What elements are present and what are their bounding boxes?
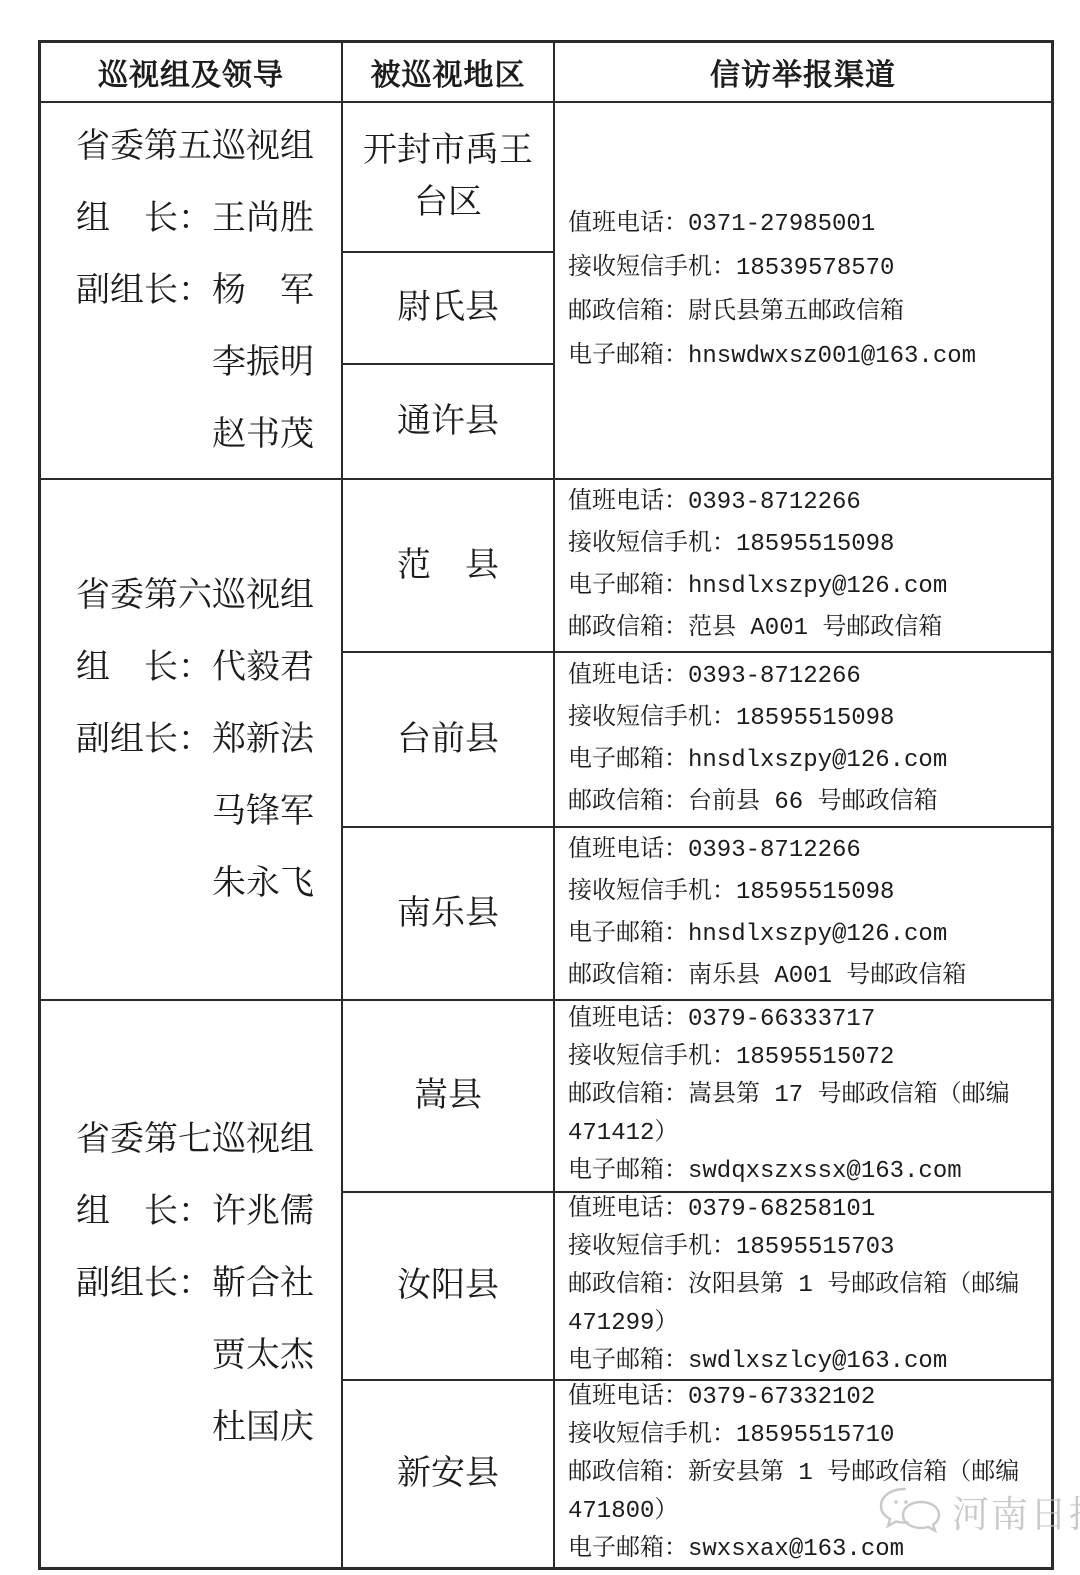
contact-line-email: 电子邮箱：hnswdwxsz001@163.com	[568, 335, 1043, 379]
leader-line: 组 长：王尚胜	[76, 183, 314, 255]
contact-line-email: 电子邮箱：hnsdlxszpy@126.com	[568, 566, 1043, 608]
contact-line-email: 电子邮箱：swdlxszlcy@163.com	[568, 1343, 1043, 1381]
region-cell: 范 县	[343, 480, 555, 651]
group7-subrows: 嵩县 值班电话：0379-66333717 接收短信手机：18595515072…	[343, 1001, 1051, 1567]
subrow-taiqianxian: 台前县 值班电话：0393-8712266 接收短信手机：18595515098…	[343, 653, 1051, 828]
subrow-nanlexian: 南乐县 值班电话：0393-8712266 接收短信手机：18595515098…	[343, 828, 1051, 999]
contact-line-postbox: 邮政信箱：汝阳县第 1 号邮政信箱（邮编 471299）	[568, 1267, 1043, 1343]
contact-line-sms: 接收短信手机：18595515703	[568, 1229, 1043, 1267]
region-cell: 汝阳县	[343, 1193, 555, 1379]
region-cell: 通许县	[343, 365, 555, 478]
leader-line: 李振明	[212, 327, 314, 399]
table-header-row: 巡视组及领导 被巡视地区 信访举报渠道	[41, 43, 1051, 103]
group-title: 省委第六巡视组	[76, 560, 314, 632]
group6-leaders-cell: 省委第六巡视组 组 长：代毅君 副组长：郑新法 马锋军 朱永飞	[41, 480, 343, 999]
region-cell: 南乐县	[343, 828, 555, 999]
inspection-groups-table: 巡视组及领导 被巡视地区 信访举报渠道 省委第五巡视组 组 长：王尚胜 副组长：…	[38, 40, 1054, 1570]
contact-line-postbox: 邮政信箱：南乐县 A001 号邮政信箱	[568, 956, 1043, 998]
contact-cell: 值班电话：0393-8712266 接收短信手机：18595515098 电子邮…	[555, 653, 1051, 826]
group-row-5: 省委第五巡视组 组 长：王尚胜 副组长：杨 军 李振明 赵书茂 开封市禹王台区 …	[41, 103, 1051, 480]
leader-line: 马锋军	[212, 776, 314, 848]
region-cell: 新安县	[343, 1381, 555, 1567]
header-col-regions: 被巡视地区	[343, 43, 555, 101]
region-cell: 台前县	[343, 653, 555, 826]
region-cell: 尉氏县	[343, 253, 555, 365]
leader-line: 副组长：靳合社	[76, 1248, 314, 1320]
contact-line-postbox: 邮政信箱：嵩县第 17 号邮政信箱（邮编 471412）	[568, 1077, 1043, 1153]
contact-line-phone: 值班电话：0393-8712266	[568, 830, 1043, 872]
contact-line-postbox: 邮政信箱：范县 A001 号邮政信箱	[568, 608, 1043, 650]
group-row-7: 省委第七巡视组 组 长：许兆儒 副组长：靳合社 贾太杰 杜国庆 嵩县 值班电话：…	[41, 1001, 1051, 1567]
group5-regions-column: 开封市禹王台区 尉氏县 通许县	[343, 103, 555, 478]
leader-line: 赵书茂	[212, 399, 314, 471]
contact-line-sms: 接收短信手机：18595515098	[568, 524, 1043, 566]
leader-line: 组 长：许兆儒	[76, 1176, 314, 1248]
subrow-xinanxian: 新安县 值班电话：0379-67332102 接收短信手机：1859551571…	[343, 1381, 1051, 1567]
contact-cell: 值班电话：0393-8712266 接收短信手机：18595515098 电子邮…	[555, 828, 1051, 999]
group6-subrows: 范 县 值班电话：0393-8712266 接收短信手机：18595515098…	[343, 480, 1051, 999]
contact-line-postbox: 邮政信箱：尉氏县第五邮政信箱	[568, 291, 1043, 335]
contact-line-phone: 值班电话：0393-8712266	[568, 656, 1043, 698]
contact-line-phone: 值班电话：0393-8712266	[568, 482, 1043, 524]
contact-line-postbox: 邮政信箱：台前县 66 号邮政信箱	[568, 782, 1043, 824]
subrow-fanxian: 范 县 值班电话：0393-8712266 接收短信手机：18595515098…	[343, 480, 1051, 653]
contact-line-sms: 接收短信手机：18539578570	[568, 247, 1043, 291]
contact-line-postbox: 邮政信箱：新安县第 1 号邮政信箱（邮编 471800）	[568, 1455, 1043, 1531]
contact-cell: 值班电话：0393-8712266 接收短信手机：18595515098 电子邮…	[555, 480, 1051, 651]
contact-line-email: 电子邮箱：hnsdlxszpy@126.com	[568, 740, 1043, 782]
header-col-group-leaders: 巡视组及领导	[41, 43, 343, 101]
group-title: 省委第七巡视组	[76, 1104, 314, 1176]
group-title: 省委第五巡视组	[76, 111, 314, 183]
contact-line-email: 电子邮箱：swdqxszxssx@163.com	[568, 1153, 1043, 1191]
contact-line-phone: 值班电话：0379-66333717	[568, 1001, 1043, 1039]
region-cell: 开封市禹王台区	[343, 103, 555, 253]
subrow-songxian: 嵩县 值班电话：0379-66333717 接收短信手机：18595515072…	[343, 1001, 1051, 1193]
group-row-6: 省委第六巡视组 组 长：代毅君 副组长：郑新法 马锋军 朱永飞 范 县 值班电话…	[41, 480, 1051, 1001]
contact-line-sms: 接收短信手机：18595515098	[568, 872, 1043, 914]
contact-line-email: 电子邮箱：swxsxax@163.com	[568, 1531, 1043, 1569]
leader-line: 组 长：代毅君	[76, 632, 314, 704]
leader-line: 贾太杰	[212, 1320, 314, 1392]
leader-line: 副组长：杨 军	[76, 255, 314, 327]
contact-line-phone: 值班电话：0371-27985001	[568, 203, 1043, 247]
contact-line-sms: 接收短信手机：18595515710	[568, 1417, 1043, 1455]
subrow-ruyangxian: 汝阳县 值班电话：0379-68258101 接收短信手机：1859551570…	[343, 1193, 1051, 1381]
contact-line-phone: 值班电话：0379-67332102	[568, 1379, 1043, 1417]
group7-leaders-cell: 省委第七巡视组 组 长：许兆儒 副组长：靳合社 贾太杰 杜国庆	[41, 1001, 343, 1567]
contact-line-phone: 值班电话：0379-68258101	[568, 1191, 1043, 1229]
contact-cell: 值班电话：0379-67332102 接收短信手机：18595515710 邮政…	[555, 1381, 1051, 1567]
contact-line-sms: 接收短信手机：18595515072	[568, 1039, 1043, 1077]
group5-shared-contact-cell: 值班电话：0371-27985001 接收短信手机：18539578570 邮政…	[555, 103, 1051, 478]
region-cell: 嵩县	[343, 1001, 555, 1191]
contact-cell: 值班电话：0379-66333717 接收短信手机：18595515072 邮政…	[555, 1001, 1051, 1191]
group5-leaders-cell: 省委第五巡视组 组 长：王尚胜 副组长：杨 军 李振明 赵书茂	[41, 103, 343, 478]
contact-line-email: 电子邮箱：hnsdlxszpy@126.com	[568, 914, 1043, 956]
leader-line: 副组长：郑新法	[76, 704, 314, 776]
contact-line-sms: 接收短信手机：18595515098	[568, 698, 1043, 740]
leader-line: 杜国庆	[212, 1392, 314, 1464]
contact-cell: 值班电话：0379-68258101 接收短信手机：18595515703 邮政…	[555, 1193, 1051, 1379]
leader-line: 朱永飞	[212, 848, 314, 920]
header-col-channels: 信访举报渠道	[555, 43, 1051, 101]
